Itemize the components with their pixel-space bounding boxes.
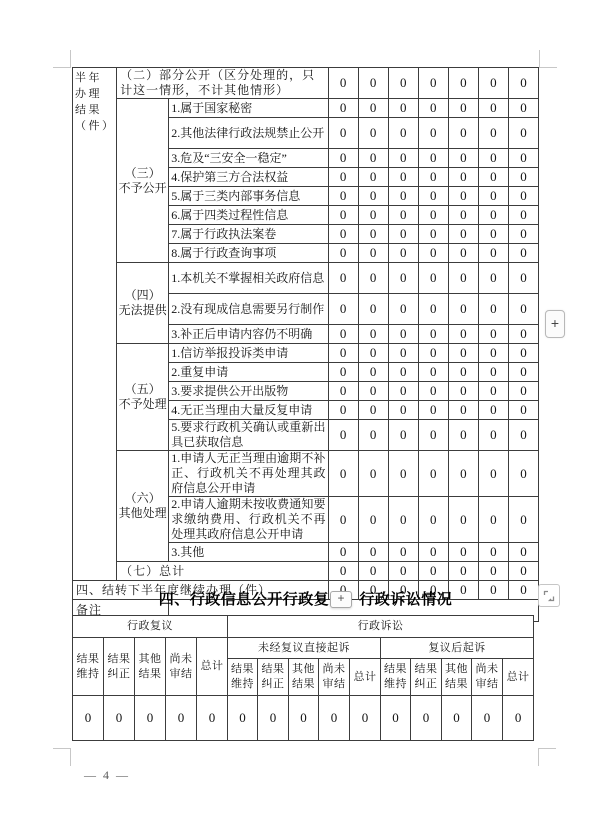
value-cell: 0 xyxy=(328,344,358,363)
section-label-cell: （二）部分公开（区分处理的，只计这一情形，不计其他情形） xyxy=(117,68,328,99)
result-header-cell: 其他结果 xyxy=(442,659,472,696)
item-label-cell: 5.属于三类内部事务信息 xyxy=(169,187,328,206)
item-label-cell: 1.属于国家秘密 xyxy=(169,99,328,118)
litigation-header-cell: 行政诉讼 xyxy=(228,616,534,638)
value-cell: 0 xyxy=(478,68,508,99)
value-cell: 0 xyxy=(508,99,538,118)
value-cell: 0 xyxy=(358,225,388,244)
value-cell: 0 xyxy=(388,325,418,344)
value-cell: 0 xyxy=(418,451,448,497)
value-cell: 0 xyxy=(478,562,508,581)
value-cell: 0 xyxy=(508,497,538,543)
item-label-cell: 8.属于行政查询事项 xyxy=(169,244,328,263)
value-cell: 0 xyxy=(508,263,538,294)
item-label-cell: 3.要求提供公开出版物 xyxy=(169,382,328,401)
value-cell: 0 xyxy=(411,696,442,741)
value-cell: 0 xyxy=(328,382,358,401)
value-cell: 0 xyxy=(503,696,534,741)
value-cell: 0 xyxy=(388,244,418,263)
value-cell: 0 xyxy=(448,363,478,382)
value-cell: 0 xyxy=(388,118,418,149)
group-label-cell: （五）不予处理 xyxy=(117,344,169,451)
value-cell: 0 xyxy=(448,497,478,543)
group-label-cell: （六）其他处理 xyxy=(117,451,169,562)
value-cell: 0 xyxy=(388,382,418,401)
item-label-cell: 4.无正当理由大量反复申请 xyxy=(169,401,328,420)
value-cell: 0 xyxy=(358,68,388,99)
value-cell: 0 xyxy=(358,118,388,149)
group-number-label: （六） xyxy=(118,491,167,506)
section-label-cell: （七）总计 xyxy=(117,562,328,581)
value-cell: 0 xyxy=(448,543,478,562)
value-cell: 0 xyxy=(448,118,478,149)
value-cell: 0 xyxy=(388,562,418,581)
value-cell: 0 xyxy=(328,168,358,187)
value-cell: 0 xyxy=(448,382,478,401)
value-cell: 0 xyxy=(418,149,448,168)
value-cell: 0 xyxy=(328,118,358,149)
value-cell: 0 xyxy=(328,363,358,382)
value-cell: 0 xyxy=(418,244,448,263)
value-cell: 0 xyxy=(418,187,448,206)
value-cell: 0 xyxy=(508,206,538,225)
value-cell: 0 xyxy=(328,294,358,325)
group-number-label: （五） xyxy=(118,382,167,397)
value-cell: 0 xyxy=(388,344,418,363)
table-row: 行政复议行政诉讼 xyxy=(73,616,534,638)
item-label-cell: 1.申请人无正当理由逾期不补正、行政机关不再处理其政府信息公开申请 xyxy=(169,451,328,497)
value-cell: 0 xyxy=(388,401,418,420)
value-cell: 0 xyxy=(478,420,508,451)
item-label-cell: 2.没有现成信息需要另行制作 xyxy=(169,294,328,325)
result-header-cell: 总计 xyxy=(350,659,381,696)
value-cell: 0 xyxy=(388,187,418,206)
value-cell: 0 xyxy=(388,225,418,244)
group-number-label: （四） xyxy=(118,288,167,303)
item-label-cell: 2.申请人逾期未按收费通知要求缴纳费用、行政机关不再处理其政府信息公开申请 xyxy=(169,497,328,543)
value-cell: 0 xyxy=(508,168,538,187)
value-cell: 0 xyxy=(358,451,388,497)
value-cell: 0 xyxy=(418,562,448,581)
value-cell: 0 xyxy=(328,244,358,263)
value-cell: 0 xyxy=(197,696,228,741)
value-cell: 0 xyxy=(508,543,538,562)
value-cell: 0 xyxy=(478,382,508,401)
insert-plus-button[interactable]: + xyxy=(545,310,565,338)
value-cell: 0 xyxy=(358,497,388,543)
value-cell: 0 xyxy=(328,325,358,344)
value-cell: 0 xyxy=(478,99,508,118)
value-cell: 0 xyxy=(418,225,448,244)
table-row: （七）总计0000000 xyxy=(73,562,539,581)
value-cell: 0 xyxy=(358,206,388,225)
post-review-suit-header-cell: 复议后起诉 xyxy=(381,638,534,659)
margin-mark-top-right xyxy=(539,50,557,68)
value-cell: 0 xyxy=(508,401,538,420)
review-litigation-table: 行政复议行政诉讼结果维持结果纠正其他结果尚未审结总计未经复议直接起诉复议后起诉结… xyxy=(72,615,534,741)
group-name-label: 不予处理 xyxy=(118,397,167,412)
value-cell: 0 xyxy=(418,206,448,225)
value-cell: 0 xyxy=(418,382,448,401)
value-cell: 0 xyxy=(358,325,388,344)
value-cell: 0 xyxy=(388,68,418,99)
value-cell: 0 xyxy=(478,401,508,420)
direct-suit-header-cell: 未经复议直接起诉 xyxy=(228,638,381,659)
value-cell: 0 xyxy=(478,363,508,382)
value-cell: 0 xyxy=(166,696,197,741)
value-cell: 0 xyxy=(508,187,538,206)
value-cell: 0 xyxy=(381,696,411,741)
item-label-cell: 1.信访举报投诉类申请 xyxy=(169,344,328,363)
value-cell: 0 xyxy=(478,263,508,294)
value-cell: 0 xyxy=(73,696,104,741)
value-cell: 0 xyxy=(135,696,166,741)
result-header-cell: 总计 xyxy=(503,659,534,696)
value-cell: 0 xyxy=(508,118,538,149)
value-cell: 0 xyxy=(478,451,508,497)
value-cell: 0 xyxy=(508,244,538,263)
table-row: 半年办理结果（件）（二）部分公开（区分处理的，只计这一情形，不计其他情形）000… xyxy=(73,68,539,99)
value-cell: 0 xyxy=(358,168,388,187)
value-cell: 0 xyxy=(328,187,358,206)
value-cell: 0 xyxy=(328,543,358,562)
table-anchor-button[interactable] xyxy=(538,584,560,607)
value-cell: 0 xyxy=(289,696,319,741)
document-page: 半年办理结果（件）（二）部分公开（区分处理的，只计这一情形，不计其他情形）000… xyxy=(0,0,613,832)
value-cell: 0 xyxy=(508,382,538,401)
value-cell: 0 xyxy=(418,420,448,451)
value-cell: 0 xyxy=(418,263,448,294)
value-cell: 0 xyxy=(478,325,508,344)
value-cell: 0 xyxy=(448,244,478,263)
value-cell: 0 xyxy=(358,363,388,382)
section-title-prefix: 四、行政信息公开行政复 xyxy=(159,591,330,608)
margin-mark-bottom-right xyxy=(538,748,556,766)
value-cell: 0 xyxy=(418,543,448,562)
value-cell: 0 xyxy=(328,401,358,420)
result-header-cell: 结果维持 xyxy=(381,659,411,696)
value-cell: 0 xyxy=(448,263,478,294)
value-cell: 0 xyxy=(358,263,388,294)
table-row: 000000000000000 xyxy=(73,696,534,741)
value-cell: 0 xyxy=(328,263,358,294)
value-cell: 0 xyxy=(358,294,388,325)
page-number: — 4 — xyxy=(84,768,130,783)
result-header-cell: 其他结果 xyxy=(135,638,166,696)
result-header-cell: 结果维持 xyxy=(228,659,258,696)
value-cell: 0 xyxy=(358,543,388,562)
table-row: （五）不予处理1.信访举报投诉类申请0000000 xyxy=(73,344,539,363)
value-cell: 0 xyxy=(358,344,388,363)
value-cell: 0 xyxy=(418,68,448,99)
value-cell: 0 xyxy=(319,696,350,741)
value-cell: 0 xyxy=(448,225,478,244)
result-header-cell: 结果纠正 xyxy=(411,659,442,696)
value-cell: 0 xyxy=(418,118,448,149)
table-row: 结果维持结果纠正其他结果尚未审结总计未经复议直接起诉复议后起诉 xyxy=(73,638,534,659)
value-cell: 0 xyxy=(448,99,478,118)
group-name-label: 无法提供 xyxy=(118,303,167,318)
item-label-cell: 5.要求行政机关确认或重新出具已获取信息 xyxy=(169,420,328,451)
value-cell: 0 xyxy=(358,401,388,420)
group-name-label: 其他处理 xyxy=(118,506,167,521)
value-cell: 0 xyxy=(328,68,358,99)
value-cell: 0 xyxy=(388,206,418,225)
value-cell: 0 xyxy=(358,187,388,206)
value-cell: 0 xyxy=(328,562,358,581)
value-cell: 0 xyxy=(448,294,478,325)
value-cell: 0 xyxy=(478,225,508,244)
value-cell: 0 xyxy=(478,187,508,206)
value-cell: 0 xyxy=(388,263,418,294)
value-cell: 0 xyxy=(448,68,478,99)
group-number-label: （三） xyxy=(118,166,167,181)
value-cell: 0 xyxy=(418,401,448,420)
value-cell: 0 xyxy=(358,99,388,118)
value-cell: 0 xyxy=(478,344,508,363)
item-label-cell: 1.本机关不掌握相关政府信息 xyxy=(169,263,328,294)
value-cell: 0 xyxy=(478,543,508,562)
value-cell: 0 xyxy=(448,168,478,187)
item-label-cell: 3.补正后申请内容仍不明确 xyxy=(169,325,328,344)
value-cell: 0 xyxy=(388,420,418,451)
value-cell: 0 xyxy=(448,149,478,168)
value-cell: 0 xyxy=(328,206,358,225)
value-cell: 0 xyxy=(508,149,538,168)
value-cell: 0 xyxy=(358,244,388,263)
value-cell: 0 xyxy=(358,149,388,168)
table-row: （四）无法提供1.本机关不掌握相关政府信息0000000 xyxy=(73,263,539,294)
result-header-cell: 结果纠正 xyxy=(258,659,289,696)
value-cell: 0 xyxy=(388,149,418,168)
value-cell: 0 xyxy=(258,696,289,741)
item-label-cell: 3.其他 xyxy=(169,543,328,562)
review-header-cell: 行政复议 xyxy=(73,616,228,638)
margin-mark-bottom-left xyxy=(53,748,71,766)
value-cell: 0 xyxy=(478,497,508,543)
value-cell: 0 xyxy=(508,363,538,382)
info-request-results-table: 半年办理结果（件）（二）部分公开（区分处理的，只计这一情形，不计其他情形）000… xyxy=(72,67,539,622)
value-cell: 0 xyxy=(388,363,418,382)
value-cell: 0 xyxy=(418,294,448,325)
value-cell: 0 xyxy=(328,149,358,168)
section-title-suffix: 行政诉讼情况 xyxy=(359,591,452,608)
table-row: （三）不予公开1.属于国家秘密0000000 xyxy=(73,99,539,118)
value-cell: 0 xyxy=(478,149,508,168)
value-cell: 0 xyxy=(328,451,358,497)
value-cell: 0 xyxy=(358,420,388,451)
group-label-cell: （四）无法提供 xyxy=(117,263,169,344)
value-cell: 0 xyxy=(478,118,508,149)
value-cell: 0 xyxy=(388,497,418,543)
value-cell: 0 xyxy=(508,451,538,497)
value-cell: 0 xyxy=(448,344,478,363)
value-cell: 0 xyxy=(448,420,478,451)
value-cell: 0 xyxy=(448,325,478,344)
value-cell: 0 xyxy=(478,294,508,325)
value-cell: 0 xyxy=(442,696,472,741)
result-header-cell: 结果纠正 xyxy=(104,638,135,696)
value-cell: 0 xyxy=(418,325,448,344)
value-cell: 0 xyxy=(328,225,358,244)
corner-brackets-icon xyxy=(543,590,555,602)
value-cell: 0 xyxy=(478,168,508,187)
side-label-cell: 半年办理结果（件） xyxy=(73,68,117,581)
value-cell: 0 xyxy=(508,562,538,581)
item-label-cell: 2.重复申请 xyxy=(169,363,328,382)
value-cell: 0 xyxy=(388,451,418,497)
value-cell: 0 xyxy=(358,382,388,401)
value-cell: 0 xyxy=(358,562,388,581)
value-cell: 0 xyxy=(478,244,508,263)
value-cell: 0 xyxy=(448,562,478,581)
value-cell: 0 xyxy=(104,696,135,741)
result-header-cell: 其他结果 xyxy=(289,659,319,696)
value-cell: 0 xyxy=(448,401,478,420)
title-plus-button[interactable]: + xyxy=(330,591,352,608)
value-cell: 0 xyxy=(418,497,448,543)
item-label-cell: 2.其他法律行政法规禁止公开 xyxy=(169,118,328,149)
value-cell: 0 xyxy=(328,497,358,543)
margin-mark-top-left xyxy=(53,50,71,68)
value-cell: 0 xyxy=(448,451,478,497)
value-cell: 0 xyxy=(350,696,381,741)
result-header-cell: 尚未审结 xyxy=(166,638,197,696)
value-cell: 0 xyxy=(418,363,448,382)
item-label-cell: 4.保护第三方合法权益 xyxy=(169,168,328,187)
item-label-cell: 6.属于四类过程性信息 xyxy=(169,206,328,225)
result-header-cell: 总计 xyxy=(197,638,228,696)
value-cell: 0 xyxy=(508,225,538,244)
group-name-label: 不予公开 xyxy=(118,181,167,196)
value-cell: 0 xyxy=(328,420,358,451)
value-cell: 0 xyxy=(472,696,503,741)
value-cell: 0 xyxy=(328,99,358,118)
value-cell: 0 xyxy=(508,344,538,363)
value-cell: 0 xyxy=(508,294,538,325)
result-header-cell: 结果维持 xyxy=(73,638,104,696)
value-cell: 0 xyxy=(508,325,538,344)
value-cell: 0 xyxy=(508,420,538,451)
group-label-cell: （三）不予公开 xyxy=(117,99,169,263)
item-label-cell: 7.属于行政执法案卷 xyxy=(169,225,328,244)
value-cell: 0 xyxy=(388,294,418,325)
value-cell: 0 xyxy=(418,99,448,118)
value-cell: 0 xyxy=(478,206,508,225)
result-header-cell: 尚未审结 xyxy=(319,659,350,696)
item-label-cell: 3.危及“三安全一稳定” xyxy=(169,149,328,168)
value-cell: 0 xyxy=(448,206,478,225)
value-cell: 0 xyxy=(508,68,538,99)
result-header-cell: 尚未审结 xyxy=(472,659,503,696)
section-title: 四、行政信息公开行政复+行政诉讼情况 xyxy=(72,588,539,609)
value-cell: 0 xyxy=(448,187,478,206)
value-cell: 0 xyxy=(418,344,448,363)
value-cell: 0 xyxy=(388,168,418,187)
table-row: （六）其他处理1.申请人无正当理由逾期不补正、行政机关不再处理其政府信息公开申请… xyxy=(73,451,539,497)
value-cell: 0 xyxy=(388,543,418,562)
value-cell: 0 xyxy=(388,99,418,118)
value-cell: 0 xyxy=(228,696,258,741)
value-cell: 0 xyxy=(418,168,448,187)
